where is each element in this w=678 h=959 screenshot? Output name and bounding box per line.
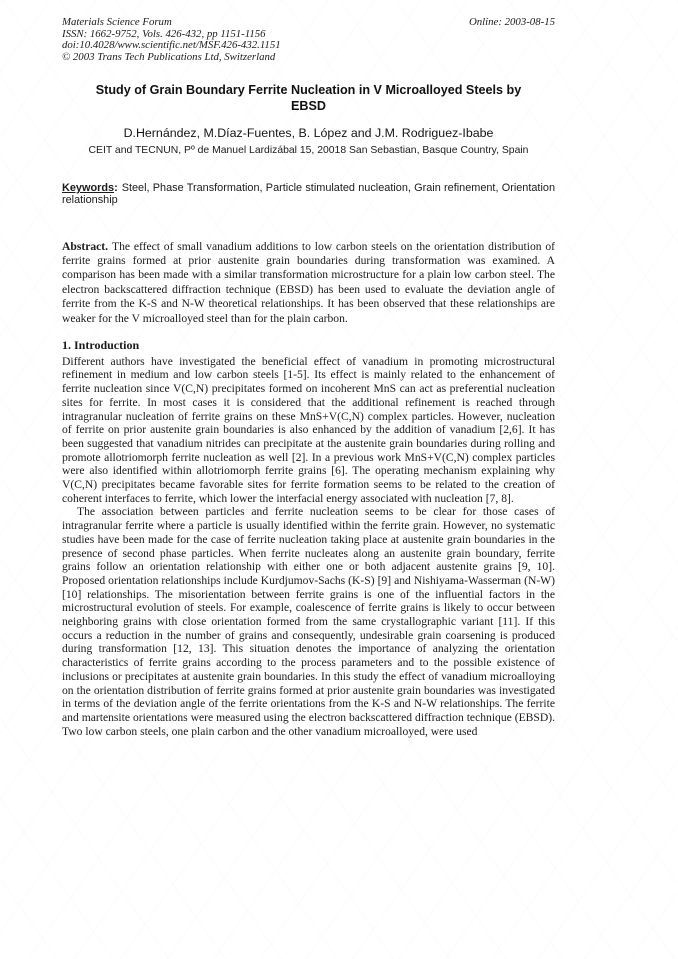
author-line: D.Hernández, M.Díaz-Fuentes, B. López an… xyxy=(62,127,555,140)
section-heading-introduction: 1. Introduction xyxy=(62,338,555,352)
keywords-text: Steel, Phase Transformation, Particle st… xyxy=(62,182,555,206)
keywords-label: Keywords xyxy=(62,182,114,194)
paper-title: Study of Grain Boundary Ferrite Nucleati… xyxy=(81,83,536,114)
keywords-paragraph: Keywords:Steel, Phase Transformation, Pa… xyxy=(62,183,555,207)
introduction-paragraph-1: Different authors have investigated the … xyxy=(62,355,555,506)
journal-header-left: Materials Science Forum ISSN: 1662-9752,… xyxy=(62,17,281,63)
page-content: Materials Science Forum ISSN: 1662-9752,… xyxy=(62,17,555,738)
keywords-colon: : xyxy=(114,182,118,194)
journal-header: Materials Science Forum ISSN: 1662-9752,… xyxy=(62,17,555,63)
copyright-line: © 2003 Trans Tech Publications Ltd, Swit… xyxy=(62,52,281,64)
online-date: Online: 2003-08-15 xyxy=(469,17,555,29)
abstract-paragraph: Abstract.The effect of small vanadium ad… xyxy=(62,240,555,326)
affiliation-line: CEIT and TECNUN, Pº de Manuel Lardizábal… xyxy=(62,145,555,157)
paper-page: Materials Science Forum ISSN: 1662-9752,… xyxy=(0,0,678,959)
journal-name: Materials Science Forum xyxy=(62,17,281,29)
introduction-paragraph-2: The association between particles and fe… xyxy=(62,505,555,738)
abstract-label: Abstract. xyxy=(62,240,108,253)
abstract-text: The effect of small vanadium additions t… xyxy=(62,240,555,325)
